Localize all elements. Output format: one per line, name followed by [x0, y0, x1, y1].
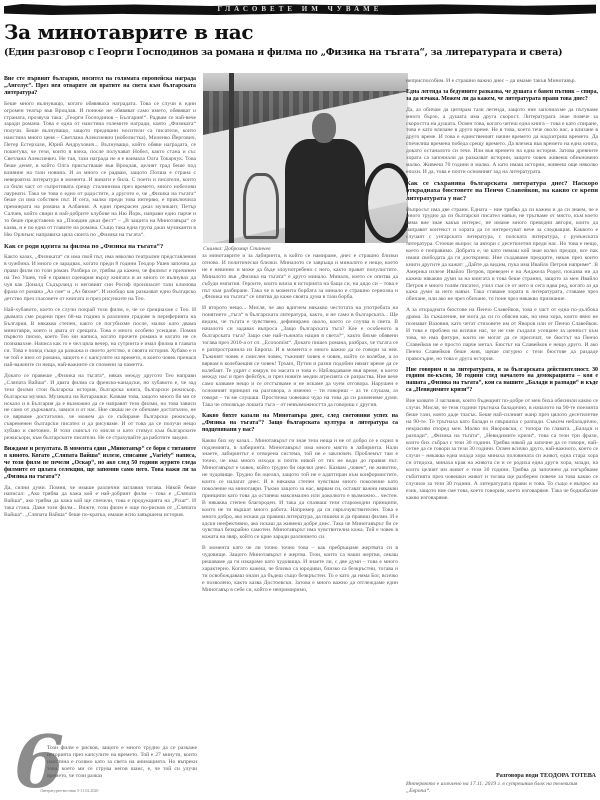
interview-answer: неприспособим. И е страшно важно днес – …: [406, 78, 598, 85]
interview-answer: за минотаврите и за лабиринта, в който с…: [202, 253, 398, 301]
photo-graffiti-shape: [363, 163, 408, 243]
interview-question: Ние говорим и за литературата, и за бълг…: [406, 367, 598, 395]
interview-byline: Разговора води ТЕОДОРА ТОТЕВА: [496, 772, 596, 779]
section-rubric-text: ГЛАСОВЕТЕ ИМ ЧУВАМЕ: [218, 5, 383, 13]
photo-lamp-pole: [229, 73, 234, 243]
interview-question: Как се съхранява българската литература …: [406, 180, 598, 203]
interview-answer: В момента като че ли точно точно това – …: [202, 545, 398, 593]
interview-answer: Да, силни думи. Помня, че имаше различни…: [4, 485, 196, 520]
interview-question: Една легенда за бедуините разказва, че д…: [406, 89, 598, 103]
interview-answer: Най-хубавото, което се случи покрай този…: [4, 307, 196, 369]
photo-person: [285, 113, 365, 243]
interview-answer: И второто нещо... Мисля, че ако вдигнем …: [202, 305, 398, 409]
article-headline: За минотаврите в нас: [4, 20, 253, 44]
interview-question: Виждаме и резултата. В момента един „Мин…: [4, 446, 196, 481]
interview-answer: Както казах, „Физиката“ си има свой път,…: [4, 254, 196, 302]
interview-answer: Какво бих му казал... Минотавърът ги зна…: [202, 438, 398, 542]
photo-person-head: [312, 113, 336, 143]
interview-answer: Вие казвате 3 заглавия, които бъдещият п…: [406, 398, 598, 502]
interview-answer: Докато се правеше „Физика на тъгата“, ня…: [4, 373, 196, 442]
article-column-3: неприспособим. И е страшно важно днес – …: [406, 78, 598, 506]
photo-caption: Снимка: Добромир Станчев: [203, 246, 271, 252]
author-photo: [203, 73, 408, 243]
interview-question: Как се роди идеята за филма по „Физика н…: [4, 243, 196, 251]
interview-answer: Да, аз обичам да цитирам тази легенда, з…: [406, 107, 598, 176]
interview-question: Вие сте първият българин, носител на гол…: [4, 76, 196, 97]
interview-question: Какво бихте казали на Минотавъра днес, с…: [202, 413, 398, 434]
broadcast-note: Интервюто е излъчено на 17.11. 2019 г. в…: [406, 781, 598, 795]
photo-graffiti-shape: [243, 173, 279, 239]
section-rubric-banner: ГЛАСОВЕТЕ ИМ ЧУВАМЕ: [4, 4, 596, 15]
interview-answer: А за открадната бюстове на Пенчо Славейк…: [406, 307, 598, 362]
article-subheadline: (Един разговор с Георги Господинов за ро…: [4, 47, 598, 58]
interview-answer: Беше много вълнуващо, когато обявяваха н…: [4, 101, 196, 239]
photo-person-body: [285, 139, 365, 243]
article-column-2: за минотаврите и за лабиринта, в който с…: [202, 253, 398, 598]
interview-answer: Въпросът има две страни. Едната – ние тр…: [406, 207, 598, 304]
article-column-1: Вие сте първият българин, носител на гол…: [4, 76, 196, 523]
column-1-tail-paragraph: Този филм е рисков, защото е много трудн…: [47, 745, 197, 780]
page-folio: Литературен вестник 5-11.02.2020: [40, 788, 98, 793]
